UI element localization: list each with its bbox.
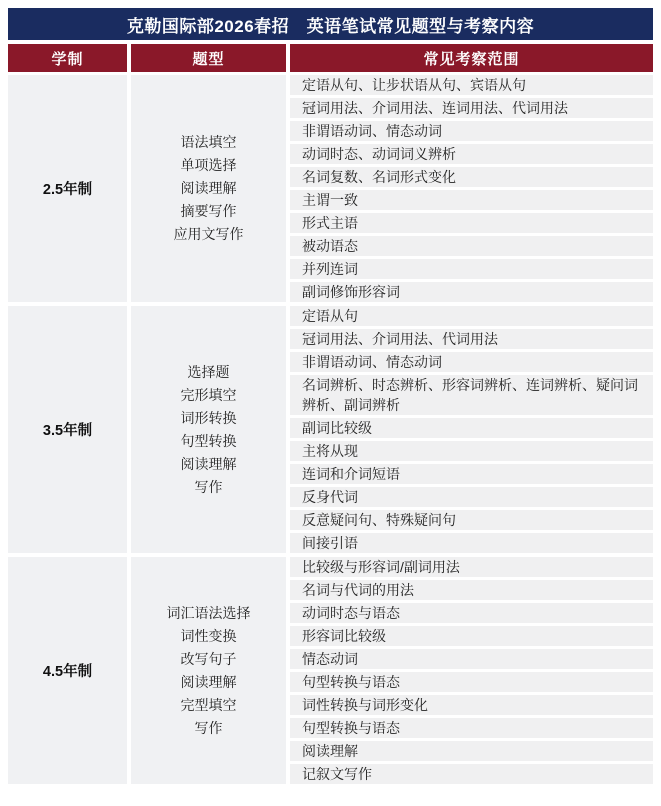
program-group-3-5: 3.5年制 选择题 完形填空 词形转换 句型转换 阅读理解 写作 定语从句 冠词… — [8, 306, 653, 553]
question-type-line: 选择题 — [188, 361, 230, 384]
exam-scope-row: 形容词比较级 — [290, 626, 653, 646]
question-type-line: 词性变换 — [181, 625, 237, 648]
question-type-line: 词形转换 — [181, 407, 237, 430]
question-type-line: 阅读理解 — [181, 453, 237, 476]
exam-scope-row: 非谓语动词、情态动词 — [290, 352, 653, 372]
question-type-line: 应用文写作 — [174, 223, 244, 246]
header-cell-program: 学制 — [8, 44, 127, 72]
exam-scope-row: 阅读理解 — [290, 741, 653, 761]
question-type-line: 改写句子 — [181, 648, 237, 671]
exam-scope-cell: 定语从句 冠词用法、介词用法、代词用法 非谓语动词、情态动词 名词辨析、时态辨析… — [290, 306, 653, 553]
exam-scope-row: 定语从句、让步状语从句、宾语从句 — [290, 75, 653, 95]
program-cell: 2.5年制 — [8, 75, 127, 302]
header-cell-question-type: 题型 — [131, 44, 286, 72]
exam-scope-row: 句型转换与语态 — [290, 718, 653, 738]
table-header-row: 学制 题型 常见考察范围 — [8, 44, 653, 72]
exam-scope-cell: 比较级与形容词/副词用法 名词与代词的用法 动词时态与语态 形容词比较级 情态动… — [290, 557, 653, 784]
exam-scope-row: 定语从句 — [290, 306, 653, 326]
question-type-line: 词汇语法选择 — [167, 602, 251, 625]
question-type-line: 阅读理解 — [181, 671, 237, 694]
program-cell: 4.5年制 — [8, 557, 127, 784]
exam-scope-row: 冠词用法、介词用法、代词用法 — [290, 329, 653, 349]
exam-scope-row: 主谓一致 — [290, 190, 653, 210]
question-type-line: 摘要写作 — [181, 200, 237, 223]
program-group-2-5: 2.5年制 语法填空 单项选择 阅读理解 摘要写作 应用文写作 定语从句、让步状… — [8, 75, 653, 302]
exam-scope-cell: 定语从句、让步状语从句、宾语从句 冠词用法、介词用法、连词用法、代词用法 非谓语… — [290, 75, 653, 302]
exam-scope-row: 非谓语动词、情态动词 — [290, 121, 653, 141]
exam-scope-row: 反身代词 — [290, 487, 653, 507]
page-title: 克勒国际部2026春招 英语笔试常见题型与考察内容 — [127, 12, 534, 37]
header-cell-exam-scope: 常见考察范围 — [290, 44, 653, 72]
exam-scope-row: 副词修饰形容词 — [290, 282, 653, 302]
exam-scope-row: 情态动词 — [290, 649, 653, 669]
exam-scope-row: 副词比较级 — [290, 418, 653, 438]
exam-scope-row: 反意疑问句、特殊疑问句 — [290, 510, 653, 530]
exam-scope-row: 连词和介词短语 — [290, 464, 653, 484]
question-types-cell: 选择题 完形填空 词形转换 句型转换 阅读理解 写作 — [131, 306, 286, 553]
exam-scope-row: 名词辨析、时态辨析、形容词辨析、连词辨析、疑问词辨析、副词辨析 — [290, 375, 653, 415]
question-type-line: 句型转换 — [181, 430, 237, 453]
exam-scope-row: 冠词用法、介词用法、连词用法、代词用法 — [290, 98, 653, 118]
exam-scope-row: 被动语态 — [290, 236, 653, 256]
exam-scope-row: 动词时态与语态 — [290, 603, 653, 623]
exam-scope-row: 主将从现 — [290, 441, 653, 461]
question-type-line: 单项选择 — [181, 154, 237, 177]
exam-scope-row: 并列连词 — [290, 259, 653, 279]
exam-scope-row: 记叙文写作 — [290, 764, 653, 784]
title-bar: 克勒国际部2026春招 英语笔试常见题型与考察内容 — [8, 8, 653, 40]
exam-scope-row: 词性转换与词形变化 — [290, 695, 653, 715]
page: 克勒国际部2026春招 英语笔试常见题型与考察内容 学制 题型 常见考察范围 2… — [0, 0, 661, 792]
exam-scope-row: 形式主语 — [290, 213, 653, 233]
question-type-line: 阅读理解 — [181, 177, 237, 200]
question-type-line: 写作 — [195, 717, 223, 740]
exam-scope-row: 名词与代词的用法 — [290, 580, 653, 600]
exam-scope-row: 动词时态、动词词义辨析 — [290, 144, 653, 164]
exam-scope-row: 间接引语 — [290, 533, 653, 553]
question-types-cell: 语法填空 单项选择 阅读理解 摘要写作 应用文写作 — [131, 75, 286, 302]
question-types-cell: 词汇语法选择 词性变换 改写句子 阅读理解 完型填空 写作 — [131, 557, 286, 784]
exam-scope-row: 名词复数、名词形式变化 — [290, 167, 653, 187]
question-type-line: 写作 — [195, 476, 223, 499]
program-cell: 3.5年制 — [8, 306, 127, 553]
question-type-line: 语法填空 — [181, 131, 237, 154]
question-type-line: 完形填空 — [181, 384, 237, 407]
exam-scope-row: 比较级与形容词/副词用法 — [290, 557, 653, 577]
program-group-4-5: 4.5年制 词汇语法选择 词性变换 改写句子 阅读理解 完型填空 写作 比较级与… — [8, 557, 653, 784]
question-type-line: 完型填空 — [181, 694, 237, 717]
exam-scope-row: 句型转换与语态 — [290, 672, 653, 692]
